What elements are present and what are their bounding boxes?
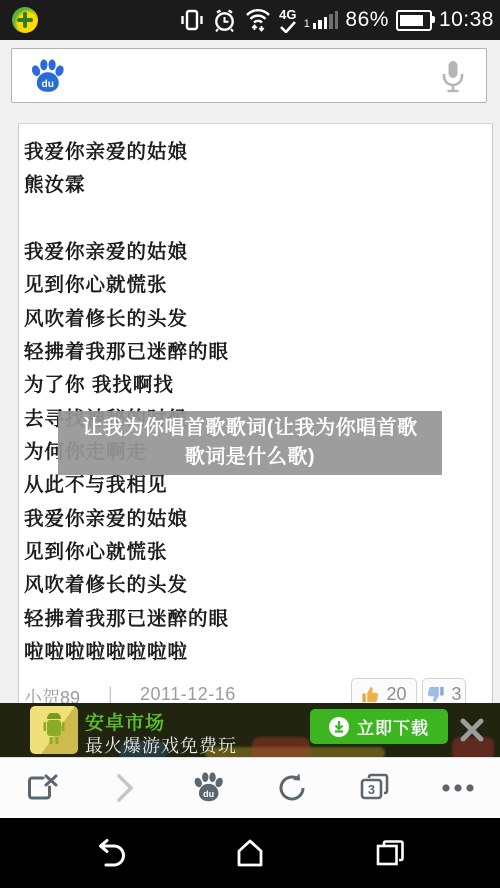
lyric-line: 我爱你亲爱的姑娘 [24, 136, 484, 169]
security-360-icon [12, 7, 38, 33]
chevron-right-icon [114, 772, 136, 804]
lyric-line: 风吹着修长的头发 [24, 303, 484, 336]
nav-recents-button[interactable] [345, 818, 435, 888]
microphone-icon[interactable] [438, 59, 468, 95]
thumbs-down-icon [426, 685, 445, 704]
clock: 10:38 [439, 8, 494, 32]
lyric-line: 见到你心就慌张 [24, 269, 484, 302]
4g-check-icon: 4G [279, 8, 297, 33]
close-window-icon [24, 772, 60, 804]
battery-icon [396, 10, 432, 31]
tabs-icon: 3 [357, 772, 393, 804]
back-icon [93, 838, 127, 868]
nav-back-button[interactable] [65, 818, 155, 888]
ad-app-name: 安卓市场 [85, 708, 165, 735]
baidu-home-button[interactable]: du [186, 766, 230, 810]
ad-tagline: 最火爆游戏免费玩 [85, 732, 237, 757]
lyric-line: 我爱你亲爱的姑娘 [24, 503, 484, 536]
meta-separator: | [108, 684, 113, 705]
wifi-icon [244, 7, 272, 33]
menu-button[interactable] [436, 766, 480, 810]
home-icon [234, 838, 266, 868]
alarm-icon [212, 8, 237, 33]
lyric-line: 熊汝霖 [24, 169, 484, 202]
ad-banner[interactable]: 安卓市场 最火爆游戏免费玩 立即下载 [0, 703, 500, 757]
page-title-line2: 歌词是什么歌) [58, 443, 442, 472]
phone-screen: 4G 1 86% 10:38 [0, 0, 500, 888]
search-input[interactable]: du [11, 48, 487, 103]
lyrics-block: 我爱你亲爱的姑娘 熊汝霖 我爱你亲爱的姑娘 见到你心就慌张 风吹着修长的头发 轻… [24, 136, 484, 670]
svg-text:3: 3 [368, 782, 375, 797]
forward-button[interactable] [103, 766, 147, 810]
lyric-line [24, 203, 484, 236]
android-nav-bar [0, 818, 500, 888]
publish-date: 2011-12-16 [140, 684, 236, 705]
lyric-line: 为了你 我找啊找 [24, 369, 484, 402]
download-label: 立即下载 [357, 714, 429, 739]
battery-percent: 86% [345, 8, 389, 32]
browser-toolbar: du 3 [0, 757, 500, 818]
page-title: 让我为你唱首歌歌词(让我为你唱首歌 歌词是什么歌) [58, 411, 442, 475]
download-icon [329, 717, 349, 737]
lyric-line: 我爱你亲爱的姑娘 [24, 236, 484, 269]
android-market-app-icon [30, 706, 78, 754]
close-window-button[interactable] [20, 766, 64, 810]
dislike-count: 3 [451, 684, 461, 705]
svg-text:du: du [42, 79, 54, 90]
refresh-icon [276, 772, 308, 804]
download-now-button[interactable]: 立即下载 [310, 709, 448, 744]
baidu-logo-icon[interactable]: du [28, 59, 66, 95]
lyric-line: 见到你心就慌张 [24, 536, 484, 569]
lyric-line: 风吹着修长的头发 [24, 569, 484, 602]
browser-header: du [0, 40, 500, 123]
lyric-line: 啦啦啦啦啦啦啦啦 [24, 636, 484, 669]
signal-bars-icon: 1 [304, 11, 339, 29]
lyric-line: 轻拂着我那已迷醉的眼 [24, 336, 484, 369]
recents-icon [374, 838, 406, 868]
svg-text:du: du [203, 789, 214, 799]
tabs-button[interactable]: 3 [353, 766, 397, 810]
lyric-line: 轻拂着我那已迷醉的眼 [24, 603, 484, 636]
more-dots-icon [441, 783, 475, 793]
page-title-line1: 让我为你唱首歌歌词(让我为你唱首歌 [58, 414, 442, 443]
refresh-button[interactable] [270, 766, 314, 810]
nav-home-button[interactable] [205, 818, 295, 888]
status-bar: 4G 1 86% 10:38 [0, 0, 500, 40]
baidu-paw-icon: du [191, 772, 225, 804]
vibrate-icon [179, 8, 205, 32]
ad-bg-decor [252, 737, 310, 757]
thumbs-up-icon [361, 685, 380, 704]
ad-close-icon[interactable] [458, 716, 486, 744]
like-count: 20 [386, 684, 406, 705]
